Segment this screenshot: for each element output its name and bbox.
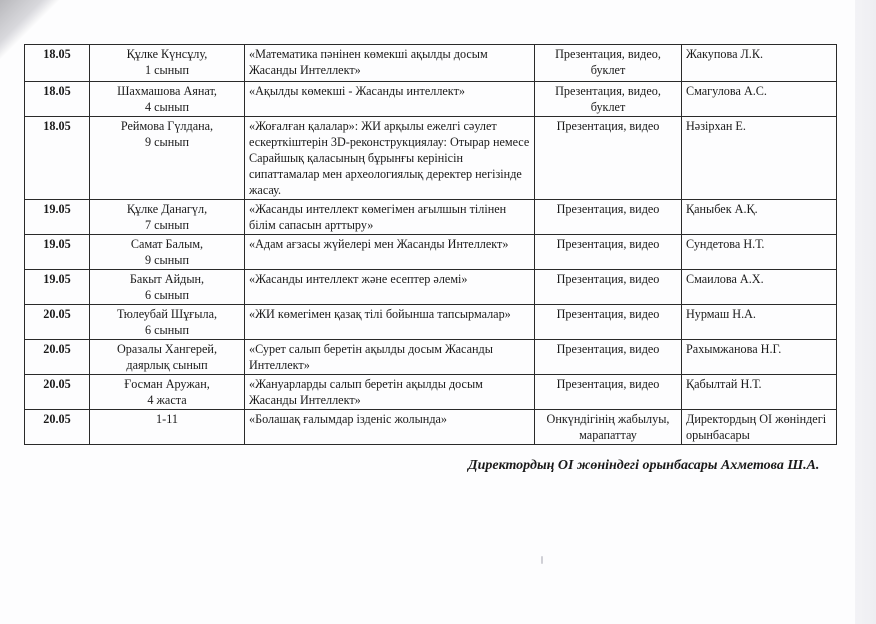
format-cell: Презентация, видео, буклет [535,45,682,82]
student-name: Тюлеубай Шұғыла, [94,306,240,322]
topic-cell: «Математика пәнінен көмекші ақылды досым… [245,45,535,82]
format-cell: Презентация, видео [535,270,682,305]
format-cell: Презентация, видео [535,117,682,200]
student-name: Шахмашова Аянат, [94,83,240,99]
date-cell: 18.05 [25,82,90,117]
student-name: Самат Балым, [94,236,240,252]
teacher-cell: Нәзірхан Е. [682,117,837,200]
topic-cell: «Жасанды интеллект көмегімен ағылшын тіл… [245,200,535,235]
student-cell: Шахмашова Аянат,4 сынып [90,82,245,117]
format-cell: Презентация, видео, буклет [535,82,682,117]
student-class: 9 сынып [94,252,240,268]
topic-cell: «Жоғалған қалалар»: ЖИ арқылы ежелгі сәу… [245,117,535,200]
topic-cell: «Жануарларды салып беретін ақылды досым … [245,375,535,410]
format-cell: Презентация, видео [535,340,682,375]
student-cell: Оразалы Хангерей,даярлық сынып [90,340,245,375]
teacher-cell: Смаилова А.Х. [682,270,837,305]
format-cell: Презентация, видео [535,235,682,270]
student-name: Құлке Күнсұлу, [94,46,240,62]
date-cell: 19.05 [25,200,90,235]
student-cell: Құлке Күнсұлу,1 сынып [90,45,245,82]
table-row: 20.05Оразалы Хангерей,даярлық сынып«Суре… [25,340,837,375]
table-row: 18.05Реймова Гүлдана,9 сынып«Жоғалған қа… [25,117,837,200]
teacher-cell: Рахымжанова Н.Г. [682,340,837,375]
scan-speck [541,556,543,564]
student-name: Реймова Гүлдана, [94,118,240,134]
student-class: 4 жаста [94,392,240,408]
topic-cell: «Ақылды көмекші - Жасанды интеллект» [245,82,535,117]
table-row: 18.05Құлке Күнсұлу,1 сынып«Математика пә… [25,45,837,82]
date-cell: 18.05 [25,117,90,200]
student-class: 6 сынып [94,322,240,338]
scan-edge [855,0,876,624]
topic-cell: «Адам ағзасы жүйелері мен Жасанды Интелл… [245,235,535,270]
format-cell: Презентация, видео [535,375,682,410]
date-cell: 20.05 [25,305,90,340]
teacher-cell: Қабылтай Н.Т. [682,375,837,410]
student-name: Құлке Данагүл, [94,201,240,217]
format-cell: Презентация, видео [535,200,682,235]
student-class: 1 сынып [94,62,240,78]
date-cell: 20.05 [25,410,90,445]
student-class: 4 сынып [94,99,240,115]
student-class: даярлық сынып [94,357,240,373]
table-row: 20.05Тюлеубай Шұғыла,6 сынып«ЖИ көмегіме… [25,305,837,340]
topic-cell: «Жасанды интеллект және есептер әлемі» [245,270,535,305]
date-cell: 20.05 [25,375,90,410]
student-cell: Бакыт Айдын,6 сынып [90,270,245,305]
date-cell: 20.05 [25,340,90,375]
date-cell: 19.05 [25,270,90,305]
student-cell: Самат Балым,9 сынып [90,235,245,270]
student-cell: 1-11 [90,410,245,445]
student-name: 1-11 [94,411,240,427]
teacher-cell: Смагулова А.С. [682,82,837,117]
topic-cell: «Сурет салып беретін ақылды досым Жасанд… [245,340,535,375]
table-row: 19.05Бакыт Айдын,6 сынып«Жасанды интелле… [25,270,837,305]
table-row: 18.05Шахмашова Аянат,4 сынып«Ақылды көме… [25,82,837,117]
teacher-cell: Директордың ОІ жөніндегі орынбасары [682,410,837,445]
table-row: 19.05Құлке Данагүл,7 сынып«Жасанды интел… [25,200,837,235]
student-cell: Ғосман Аружан,4 жаста [90,375,245,410]
format-cell: Онкүндігінің жабылуы, марапаттау [535,410,682,445]
student-class: 6 сынып [94,287,240,303]
teacher-cell: Нурмаш Н.А. [682,305,837,340]
student-name: Ғосман Аружан, [94,376,240,392]
student-cell: Құлке Данагүл,7 сынып [90,200,245,235]
date-cell: 18.05 [25,45,90,82]
student-name: Бакыт Айдын, [94,271,240,287]
table-row: 20.05Ғосман Аружан,4 жаста«Жануарларды с… [25,375,837,410]
teacher-cell: Жакупова Л.К. [682,45,837,82]
schedule-table: 18.05Құлке Күнсұлу,1 сынып«Математика пә… [24,44,837,445]
topic-cell: «ЖИ көмегімен қазақ тілі бойынша тапсырм… [245,305,535,340]
student-class: 9 сынып [94,134,240,150]
date-cell: 19.05 [25,235,90,270]
student-cell: Реймова Гүлдана,9 сынып [90,117,245,200]
student-name: Оразалы Хангерей, [94,341,240,357]
signature-line: Директордың ОІ жөніндегі орынбасары Ахме… [468,458,819,474]
table-row: 20.051-11«Болашақ ғалымдар ізденіс жолын… [25,410,837,445]
format-cell: Презентация, видео [535,305,682,340]
topic-cell: «Болашақ ғалымдар ізденіс жолында» [245,410,535,445]
table-row: 19.05Самат Балым,9 сынып«Адам ағзасы жүй… [25,235,837,270]
teacher-cell: Сундетова Н.Т. [682,235,837,270]
teacher-cell: Қаныбек А.Қ. [682,200,837,235]
student-class: 7 сынып [94,217,240,233]
student-cell: Тюлеубай Шұғыла,6 сынып [90,305,245,340]
